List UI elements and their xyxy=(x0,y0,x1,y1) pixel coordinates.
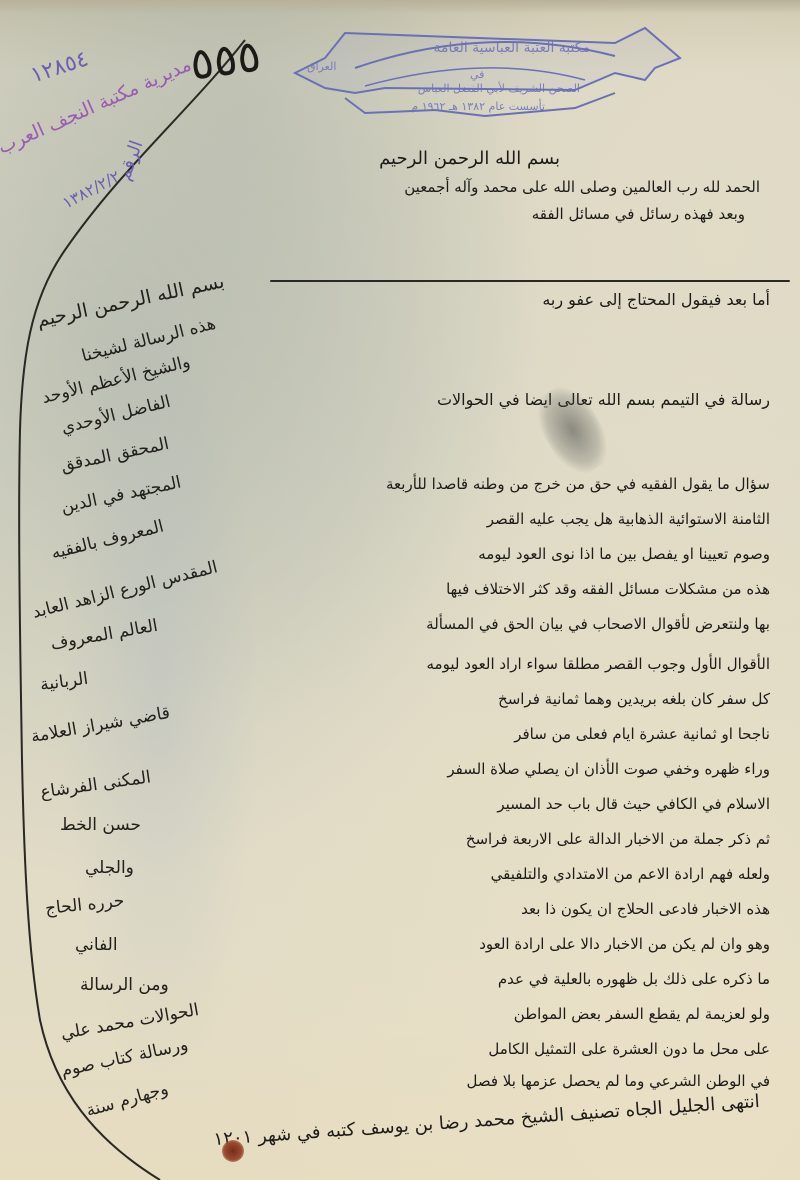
text-line: بها ولنتعرض لأقوال الاصحاب في بيان الحق … xyxy=(426,615,770,633)
text-line: ثم ذكر جملة من الاخبار الدالة على الاربع… xyxy=(466,830,770,848)
section-divider xyxy=(270,280,790,282)
text-line: هذه من مشكلات مسائل الفقه وقد كثر الاختل… xyxy=(446,580,770,598)
text-line: في الوطن الشرعي وما لم يحصل عزمها بلا فص… xyxy=(466,1072,770,1090)
stamp-top-text: مكتبة العتبة العباسية العامة xyxy=(434,40,590,56)
text-line: ناجحا او ثمانية عشرة ايام فعلى من سافر xyxy=(514,725,770,743)
text-line: الحمد لله رب العالمين وصلى الله على محمد… xyxy=(404,178,760,196)
text-line: وهو وان لم يكن من الاخبار دالا على ارادة… xyxy=(479,935,770,953)
manuscript-page: مكتبة العتبة العباسية العامة العراق في ا… xyxy=(0,0,800,1180)
text-line: كل سفر كان بلغه بريدين وهما ثمانية فراسخ xyxy=(498,690,770,708)
text-line: ولعله فهم ارادة الاعم من الامتدادي والتل… xyxy=(491,865,770,883)
text-line: أما بعد فيقول المحتاج إلى عفو ربه xyxy=(542,290,770,309)
text-line: وصوم تعيينا او يفصل بين ما اذا نوى العود… xyxy=(478,545,770,563)
text-line: الثامنة الاستوائية الذهابية هل يجب عليه … xyxy=(487,510,770,528)
accession-number: ١٢٨٥٤ xyxy=(28,46,92,88)
text-line: وبعد فهذه رسائل في مسائل الفقه xyxy=(532,205,745,223)
text-line: وراء ظهره وخفي صوت الأذان ان يصلي صلاة ا… xyxy=(447,760,770,778)
text-line: هذه الاخبار فادعى الحلاج ان يكون ذا بعد xyxy=(521,900,770,918)
library-stamp: مكتبة العتبة العباسية العامة العراق في ا… xyxy=(285,18,685,118)
stamp-left-tag: العراق xyxy=(307,60,336,73)
page-top-shadow xyxy=(0,0,800,14)
margin-line: الفاني xyxy=(75,935,118,955)
text-line: الاسلام في الكافي حيث قال باب حد المسير xyxy=(497,795,770,813)
colophon: انتهى الجليل الجاه تصنيف الشيخ محمد رضا … xyxy=(213,1091,760,1150)
text-line: ما ذكره على ذلك بل ظهوره بالعلية في عدم xyxy=(498,970,770,988)
stamp-date-text: تأسست عام ١٣٨٢ هـ ١٩٦٢ م xyxy=(411,100,545,113)
folio-number: ٥٥٥ xyxy=(187,30,264,90)
header-basmala: بسم الله الرحمن الرحيم xyxy=(379,148,560,169)
margin-line: والجلي xyxy=(85,858,134,878)
margin-line: حسن الخط xyxy=(60,815,141,835)
stamp-lower-text: الصحن الشريف لأبي الفضل العباس xyxy=(418,82,580,95)
rust-stain xyxy=(222,1140,244,1162)
text-line: ولو لعزيمة لم يقطع السفر بعض المواطن xyxy=(514,1005,770,1023)
margin-line: ومن الرسالة xyxy=(80,975,169,995)
text-line: على محل ما دون العشرة على التمثيل الكامل xyxy=(488,1040,770,1058)
library-note-date: ١٣٨٢/٢/٢ xyxy=(59,166,123,212)
text-line: الأقوال الأول وجوب القصر مطلقا سواء اراد… xyxy=(427,655,770,673)
stamp-middle-text: في xyxy=(470,68,484,81)
text-line: رسالة في التيمم بسم الله تعالى ايضا في ا… xyxy=(437,390,770,409)
